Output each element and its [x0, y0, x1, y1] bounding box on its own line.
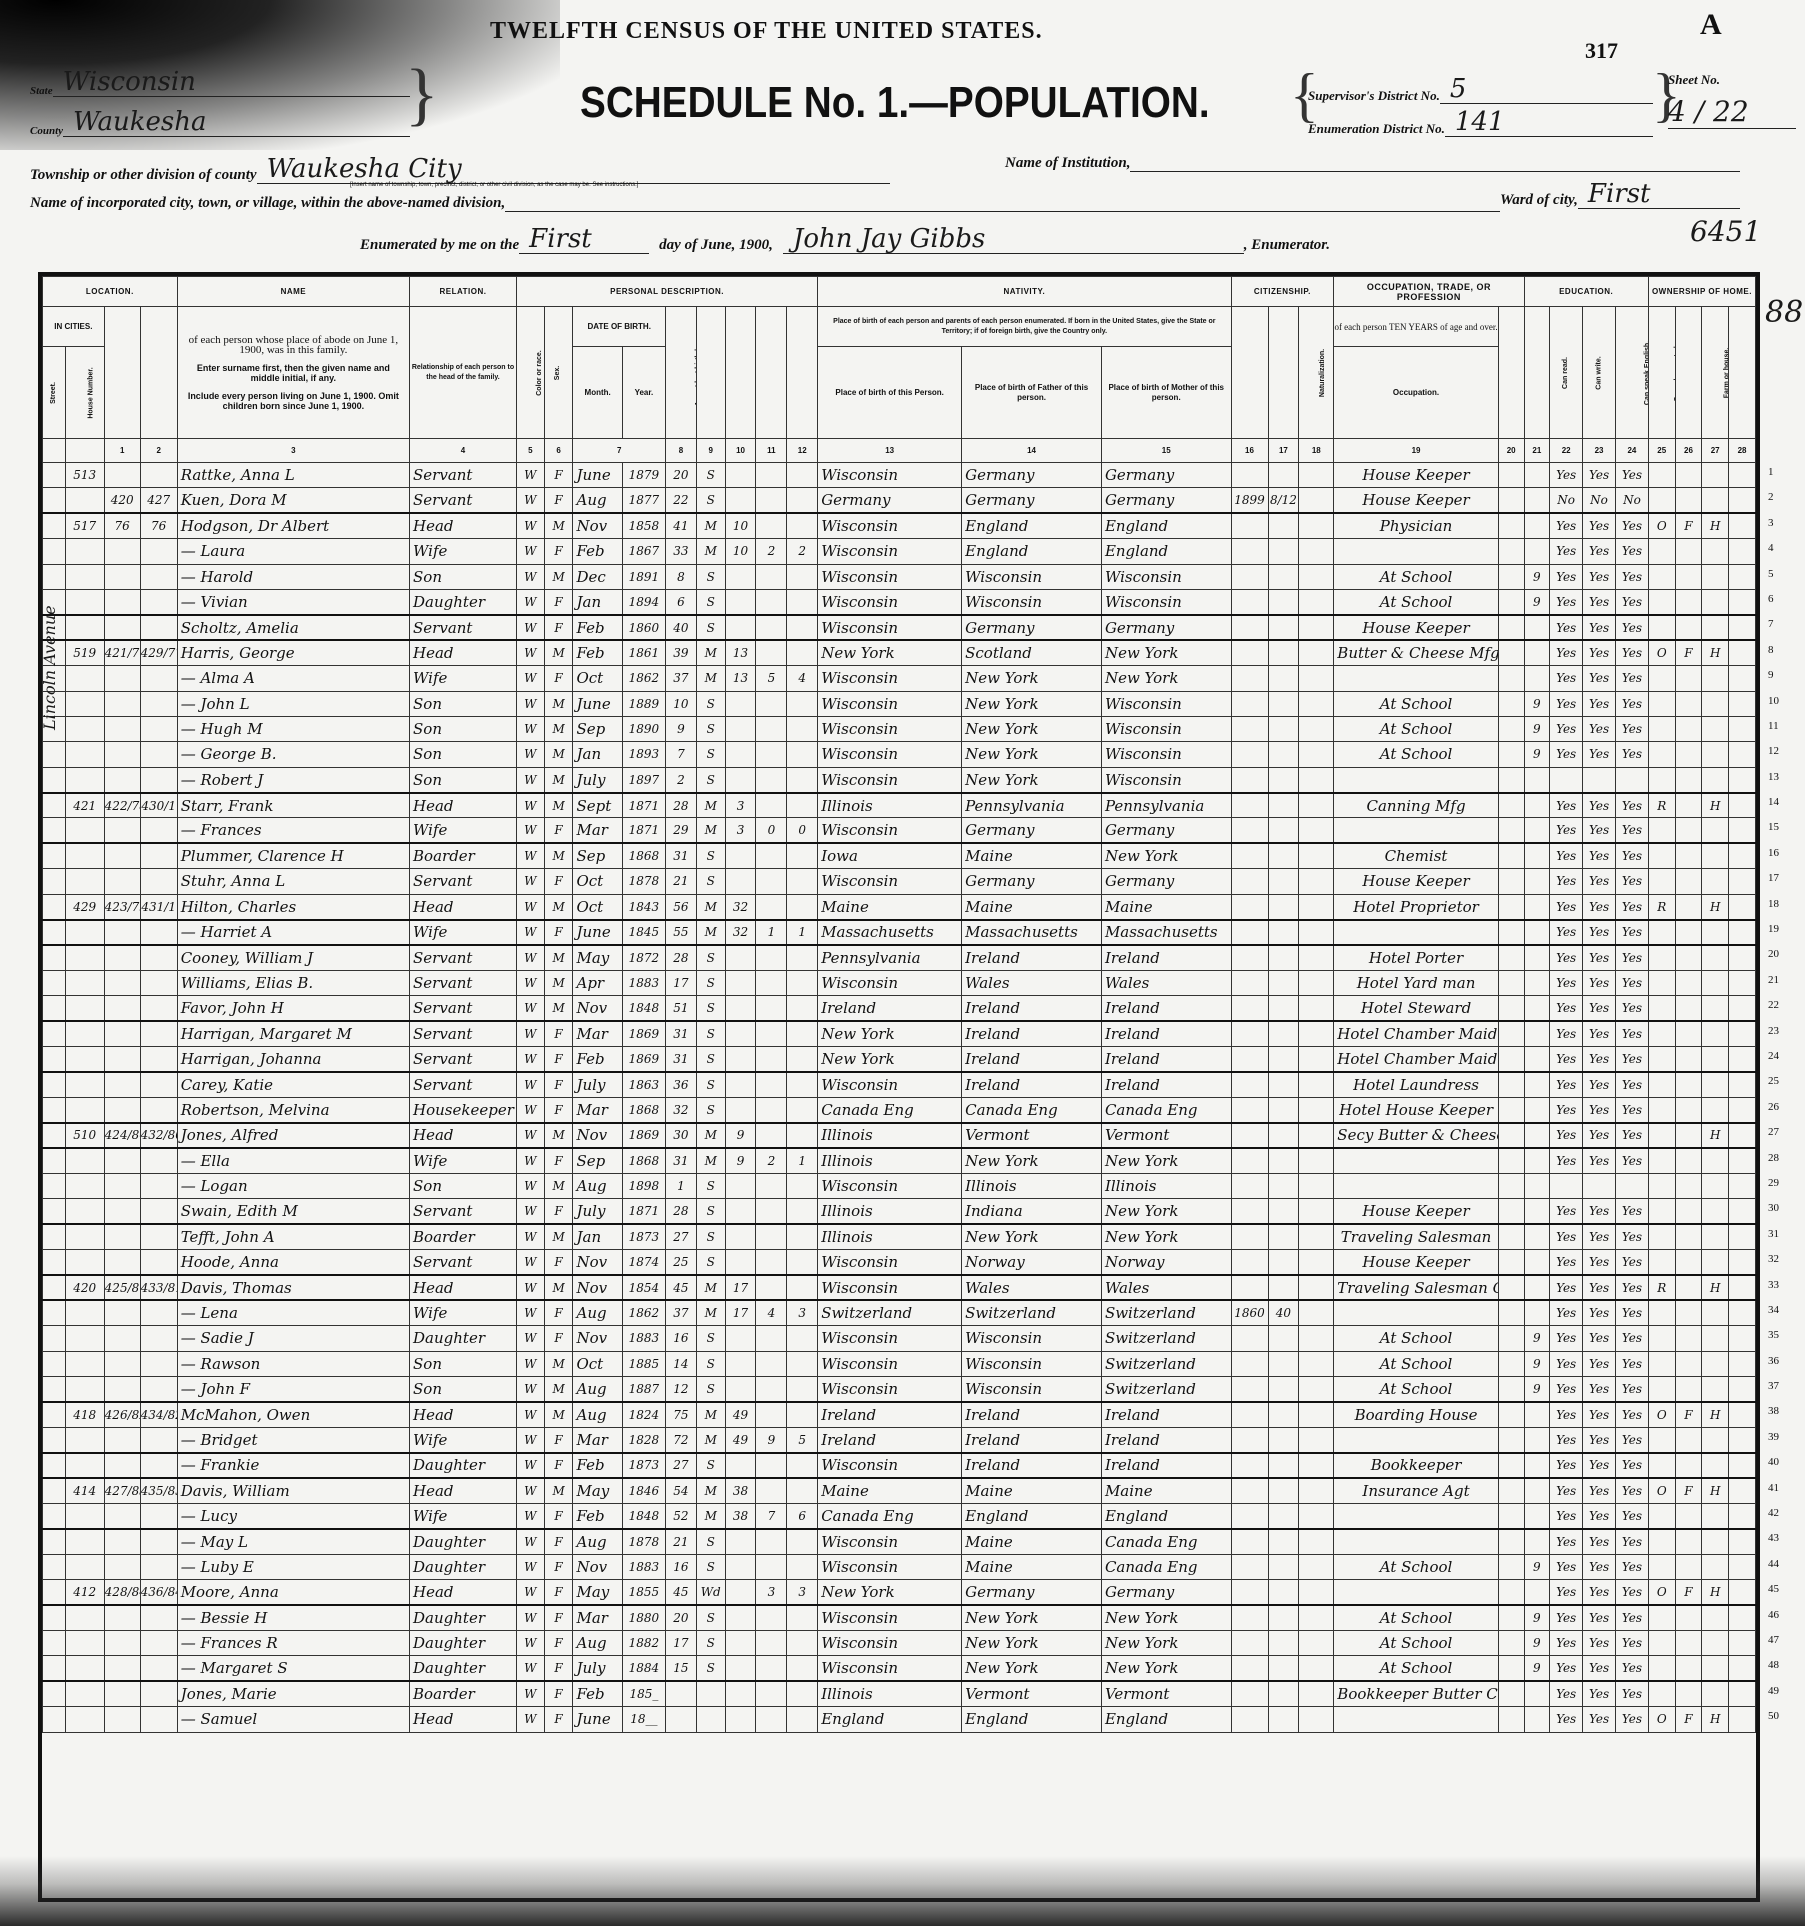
years-married [725, 1605, 756, 1630]
relation: Servant [410, 970, 517, 995]
birthplace-mother: Massachusetts [1101, 920, 1231, 945]
person-name: Hilton, Charles [177, 894, 409, 919]
sex: F [544, 1707, 573, 1732]
dwelling-number [104, 1681, 140, 1706]
house-number [65, 920, 104, 945]
occupation: Hotel Chamber Maid [1334, 1046, 1499, 1071]
line-number: 7 [1768, 612, 1798, 637]
dwelling-number [104, 539, 140, 564]
attended-school [1524, 1275, 1550, 1300]
sex: F [544, 1326, 573, 1351]
person-name: Swain, Edith M [177, 1199, 409, 1224]
relation: Daughter [410, 1326, 517, 1351]
sex: M [544, 1224, 573, 1249]
occupation: At School [1334, 564, 1499, 589]
sheet-label: Sheet No. [1668, 72, 1720, 88]
sheet-value: 4 / 22 [1668, 95, 1796, 129]
birthplace-father: Wales [962, 970, 1102, 995]
birthplace-father: England [962, 539, 1102, 564]
sex: F [544, 1199, 573, 1224]
dwelling-number [104, 691, 140, 716]
sex: F [544, 1656, 573, 1681]
farm-schedule [1729, 640, 1756, 665]
immigration-year [1231, 869, 1268, 894]
sex: F [544, 1580, 573, 1605]
birthplace-mother: New York [1101, 666, 1231, 691]
can-read: Yes [1550, 1326, 1583, 1351]
dwelling-number [104, 1097, 140, 1122]
house-number [65, 666, 104, 691]
years-married [725, 564, 756, 589]
house-number [65, 1554, 104, 1579]
children-living: 5 [787, 1427, 818, 1452]
marital-status: S [696, 869, 725, 894]
naturalization [1299, 1326, 1334, 1351]
color: W [516, 1148, 544, 1173]
farm-house [1702, 1351, 1729, 1376]
marital-status: S [696, 1326, 725, 1351]
years-married: 32 [725, 920, 756, 945]
age: 7 [666, 742, 697, 767]
farm-schedule [1729, 691, 1756, 716]
owned-free [1675, 920, 1702, 945]
line-number: 29 [1768, 1171, 1798, 1196]
can-speak-english: Yes [1615, 1605, 1648, 1630]
naturalization [1299, 1580, 1334, 1605]
house-number [65, 1199, 104, 1224]
person-name: — Rawson [177, 1351, 409, 1376]
years-in-us [1268, 1351, 1299, 1376]
family-number [140, 1021, 177, 1046]
mother-of [756, 513, 787, 538]
owned-rented [1648, 1250, 1675, 1275]
birth-month: Aug [573, 1173, 622, 1198]
census-row: 510424/80432/80Jones, AlfredHeadWMNov186… [43, 1123, 1756, 1148]
color: W [516, 1173, 544, 1198]
occupation: Secy Butter & Cheese [1334, 1123, 1499, 1148]
person-name: Davis, Thomas [177, 1275, 409, 1300]
relation: Daughter [410, 1656, 517, 1681]
farm-schedule [1729, 1529, 1756, 1554]
sex: M [544, 996, 573, 1021]
birthplace-father: New York [962, 1148, 1102, 1173]
column-number: 2 [140, 439, 177, 463]
column-number: 18 [1299, 439, 1334, 463]
line-number: 40 [1768, 1450, 1798, 1475]
sex: M [544, 640, 573, 665]
birth-year: 1893 [622, 742, 665, 767]
age: 14 [666, 1351, 697, 1376]
can-write: Yes [1583, 1529, 1616, 1554]
birthplace-person: Massachusetts [818, 920, 962, 945]
immigration-year [1231, 615, 1268, 640]
naturalization [1299, 1605, 1334, 1630]
years-in-us [1268, 1478, 1299, 1503]
years-married: 13 [725, 666, 756, 691]
birth-year: 1874 [622, 1250, 665, 1275]
months-unemployed [1498, 589, 1524, 614]
years-in-us [1268, 1326, 1299, 1351]
street [43, 1072, 66, 1097]
owned-rented [1648, 615, 1675, 640]
birthplace-mother: Illinois [1101, 1173, 1231, 1198]
age: 41 [666, 513, 697, 538]
person-name: Harrigan, Margaret M [177, 1021, 409, 1046]
occupation [1334, 1427, 1499, 1452]
incorporated-field: Name of incorporated city, town, or vill… [30, 195, 1500, 212]
color: W [516, 539, 544, 564]
birthplace-person: Wisconsin [818, 1072, 962, 1097]
children-living: 3 [787, 1580, 818, 1605]
can-speak-english: Yes [1615, 1046, 1648, 1071]
can-read: Yes [1550, 1046, 1583, 1071]
relation: Head [410, 1275, 517, 1300]
age: 27 [666, 1224, 697, 1249]
birth-year: 1884 [622, 1656, 665, 1681]
house-number [65, 843, 104, 868]
attended-school [1524, 488, 1550, 513]
children-living [787, 1402, 818, 1427]
family-number [140, 1605, 177, 1630]
age: 28 [666, 1199, 697, 1224]
birth-year: 1890 [622, 716, 665, 741]
years-married [725, 1681, 756, 1706]
owned-rented [1648, 1351, 1675, 1376]
years-in-us [1268, 1427, 1299, 1452]
group-ownership: OWNERSHIP OF HOME. [1648, 277, 1755, 307]
age: 31 [666, 1046, 697, 1071]
marital-status: M [696, 1300, 725, 1325]
birthplace-mother: Pennsylvania [1101, 793, 1231, 818]
age: 21 [666, 1529, 697, 1554]
census-row: — LenaWifeWFAug186237M1743SwitzerlandSwi… [43, 1300, 1756, 1325]
owned-free [1675, 1326, 1702, 1351]
years-married [725, 691, 756, 716]
house-number [65, 1630, 104, 1655]
color: W [516, 589, 544, 614]
marital-status: S [696, 1199, 725, 1224]
owned-free: F [1675, 1402, 1702, 1427]
birthplace-person: Iowa [818, 843, 962, 868]
birth-month: Oct [573, 666, 622, 691]
can-write: Yes [1583, 1427, 1616, 1452]
dwelling-number: 427/83 [104, 1478, 140, 1503]
farm-house [1702, 716, 1729, 741]
township-field: Township or other division of county Wau… [30, 155, 890, 184]
color: W [516, 1630, 544, 1655]
person-name: — Lucy [177, 1504, 409, 1529]
farm-schedule [1729, 818, 1756, 843]
years-in-us [1268, 716, 1299, 741]
years-in-us [1268, 691, 1299, 716]
house-number [65, 1707, 104, 1732]
occupation: Bookkeeper [1334, 1453, 1499, 1478]
naturalization [1299, 1046, 1334, 1071]
birthplace-father: England [962, 1504, 1102, 1529]
line-number: 44 [1768, 1552, 1798, 1577]
sex: F [544, 869, 573, 894]
birthplace-mother: New York [1101, 1224, 1231, 1249]
family-number [140, 1072, 177, 1097]
census-row: Hoode, AnnaServantWFNov187425SWisconsinN… [43, 1250, 1756, 1275]
children-living [787, 1326, 818, 1351]
birthplace-person: Illinois [818, 1123, 962, 1148]
birthplace-father: Maine [962, 843, 1102, 868]
children-living [787, 589, 818, 614]
relation: Daughter [410, 1605, 517, 1630]
naturalization [1299, 742, 1334, 767]
birth-year: 1891 [622, 564, 665, 589]
mother-of [756, 1021, 787, 1046]
can-read: Yes [1550, 1377, 1583, 1402]
street [43, 1377, 66, 1402]
children-living [787, 996, 818, 1021]
owned-free [1675, 1681, 1702, 1706]
farm-house [1702, 843, 1729, 868]
census-row: 429423/79431/1Hilton, CharlesHeadWMOct18… [43, 894, 1756, 919]
family-number [140, 1250, 177, 1275]
group-occupation: OCCUPATION, TRADE, OR PROFESSION [1334, 277, 1524, 307]
occupation [1334, 666, 1499, 691]
owned-free [1675, 945, 1702, 970]
occupation [1334, 1580, 1499, 1605]
can-write: Yes [1583, 1630, 1616, 1655]
owned-free [1675, 742, 1702, 767]
dwelling-number: 421/77 [104, 640, 140, 665]
naturalization [1299, 1300, 1334, 1325]
children-living [787, 1072, 818, 1097]
line-number: 42 [1768, 1501, 1798, 1526]
farm-schedule [1729, 1453, 1756, 1478]
birthplace-mother: Canada Eng [1101, 1529, 1231, 1554]
person-name: Moore, Anna [177, 1580, 409, 1605]
birth-year: 1873 [622, 1453, 665, 1478]
owned-free [1675, 1250, 1702, 1275]
census-row: — George B.SonWMJan18937SWisconsinNew Yo… [43, 742, 1756, 767]
occupation: At School [1334, 716, 1499, 741]
years-in-us [1268, 1199, 1299, 1224]
months-unemployed [1498, 742, 1524, 767]
children-living [787, 1046, 818, 1071]
family-number [140, 970, 177, 995]
owned-free [1675, 463, 1702, 488]
dwelling-number: 420 [104, 488, 140, 513]
sex: M [544, 1402, 573, 1427]
line-number: 16 [1768, 841, 1798, 866]
census-row: Cooney, William JServantWMMay187228SPenn… [43, 945, 1756, 970]
dwelling-number [104, 1529, 140, 1554]
house-number [65, 996, 104, 1021]
naturalization [1299, 996, 1334, 1021]
owned-free [1675, 1427, 1702, 1452]
person-name: Scholtz, Amelia [177, 615, 409, 640]
incorporated-value [505, 211, 1500, 212]
birthplace-mother: Ireland [1101, 1453, 1231, 1478]
color: W [516, 767, 544, 792]
census-row: 420425/81433/81Davis, ThomasHeadWMNov185… [43, 1275, 1756, 1300]
dwelling-number [104, 1630, 140, 1655]
can-read: Yes [1550, 920, 1583, 945]
can-write: Yes [1583, 539, 1616, 564]
can-speak-english: Yes [1615, 1275, 1648, 1300]
attended-school: 9 [1524, 716, 1550, 741]
naturalization [1299, 1707, 1334, 1732]
relation: Servant [410, 1072, 517, 1097]
mother-of: 0 [756, 818, 787, 843]
marital-status: S [696, 1377, 725, 1402]
family-number [140, 691, 177, 716]
years-married: 3 [725, 818, 756, 843]
color: W [516, 793, 544, 818]
birth-month: July [573, 1199, 622, 1224]
owned-rented: O [1648, 1402, 1675, 1427]
birth-year: 1869 [622, 1046, 665, 1071]
census-row: — Harriet AWifeWFJune184555M3211Massachu… [43, 920, 1756, 945]
sex: F [544, 539, 573, 564]
years-in-us [1268, 1046, 1299, 1071]
family-number [140, 1148, 177, 1173]
years-married [725, 716, 756, 741]
immigration-year [1231, 767, 1268, 792]
years-in-us [1268, 1224, 1299, 1249]
sex: M [544, 767, 573, 792]
family-number [140, 1554, 177, 1579]
birth-year: 1887 [622, 1377, 665, 1402]
line-number: 8 [1768, 638, 1798, 663]
census-row: — EllaWifeWFSep186831M921IllinoisNew Yor… [43, 1148, 1756, 1173]
mother-of: 1 [756, 920, 787, 945]
years-married: 9 [725, 1123, 756, 1148]
can-speak-english: Yes [1615, 1402, 1648, 1427]
relation: Son [410, 564, 517, 589]
birthplace-mother: England [1101, 1504, 1231, 1529]
immigration-year [1231, 463, 1268, 488]
months-unemployed [1498, 615, 1524, 640]
owned-free: F [1675, 1707, 1702, 1732]
mother-of [756, 1554, 787, 1579]
farm-schedule [1729, 488, 1756, 513]
birthplace-father: Illinois [962, 1173, 1102, 1198]
years-in-us [1268, 945, 1299, 970]
occupation: Bookkeeper Butter Co [1334, 1681, 1499, 1706]
children-living [787, 1453, 818, 1478]
person-name: Jones, Marie [177, 1681, 409, 1706]
relation: Daughter [410, 1554, 517, 1579]
color: W [516, 1021, 544, 1046]
children-living [787, 564, 818, 589]
months-unemployed [1498, 1656, 1524, 1681]
relation: Head [410, 1580, 517, 1605]
farm-house [1702, 869, 1729, 894]
immigration-year: 1899 [1231, 488, 1268, 513]
can-write: Yes [1583, 640, 1616, 665]
farm-house [1702, 589, 1729, 614]
sex: F [544, 1630, 573, 1655]
birth-year: 1868 [622, 1148, 665, 1173]
farm-house [1702, 1529, 1729, 1554]
years-in-us: 8/12 [1268, 488, 1299, 513]
line-number: 28 [1768, 1146, 1798, 1171]
dwelling-number [104, 1326, 140, 1351]
years-married: 10 [725, 513, 756, 538]
years-married: 49 [725, 1427, 756, 1452]
relation: Head [410, 1478, 517, 1503]
naturalization [1299, 843, 1334, 868]
naturalization [1299, 1250, 1334, 1275]
occupation: Insurance Agt [1334, 1478, 1499, 1503]
township-label: Township or other division of county [30, 167, 257, 184]
line-number: 6 [1768, 587, 1798, 612]
can-speak-english: Yes [1615, 970, 1648, 995]
attended-school [1524, 1707, 1550, 1732]
family-number [140, 666, 177, 691]
relation: Boarder [410, 843, 517, 868]
months-unemployed [1498, 1148, 1524, 1173]
owned-free [1675, 1529, 1702, 1554]
can-write: Yes [1583, 945, 1616, 970]
header-naturalization: Naturalization. [1299, 307, 1334, 439]
dwelling-number [104, 1377, 140, 1402]
header-in-cities: IN CITIES. [43, 307, 105, 347]
dwelling-number [104, 1707, 140, 1732]
census-row: — SamuelHeadWFJune18__EnglandEnglandEngl… [43, 1707, 1756, 1732]
census-row: Carey, KatieServantWFJuly186336SWisconsi… [43, 1072, 1756, 1097]
years-married: 38 [725, 1478, 756, 1503]
line-number: 14 [1768, 790, 1798, 815]
street [43, 742, 66, 767]
owned-rented: R [1648, 1275, 1675, 1300]
can-speak-english [1615, 1173, 1648, 1198]
farm-house [1702, 1605, 1729, 1630]
census-row: — John FSonWMAug188712SWisconsinWisconsi… [43, 1377, 1756, 1402]
can-read: Yes [1550, 1707, 1583, 1732]
children-living [787, 1681, 818, 1706]
column-number: 9 [696, 439, 725, 463]
census-row: Plummer, Clarence HBoarderWMSep186831SIo… [43, 843, 1756, 868]
birthplace-father: Maine [962, 1554, 1102, 1579]
birthplace-person: Wisconsin [818, 818, 962, 843]
marital-status: M [696, 1427, 725, 1452]
mother-of [756, 1377, 787, 1402]
naturalization [1299, 1656, 1334, 1681]
person-name: Hodgson, Dr Albert [177, 513, 409, 538]
sex: F [544, 666, 573, 691]
marital-status: S [696, 996, 725, 1021]
birth-year: 1878 [622, 869, 665, 894]
birth-year: 1871 [622, 818, 665, 843]
naturalization [1299, 767, 1334, 792]
can-write: Yes [1583, 920, 1616, 945]
header-years-married: Number of years married. [725, 307, 756, 439]
months-unemployed [1498, 716, 1524, 741]
occupation: At School [1334, 1656, 1499, 1681]
header-house-number: House Number. [65, 347, 104, 439]
relation: Servant [410, 996, 517, 1021]
farm-house [1702, 1173, 1729, 1198]
years-married [725, 488, 756, 513]
children-living [787, 463, 818, 488]
mother-of [756, 1605, 787, 1630]
line-number: 48 [1768, 1653, 1798, 1678]
sex: M [544, 1123, 573, 1148]
farm-schedule [1729, 716, 1756, 741]
farm-schedule [1729, 1554, 1756, 1579]
naturalization [1299, 564, 1334, 589]
occupation: Traveling Salesman [1334, 1224, 1499, 1249]
farm-schedule [1729, 463, 1756, 488]
naturalization [1299, 869, 1334, 894]
birth-month: Feb [573, 1046, 622, 1071]
